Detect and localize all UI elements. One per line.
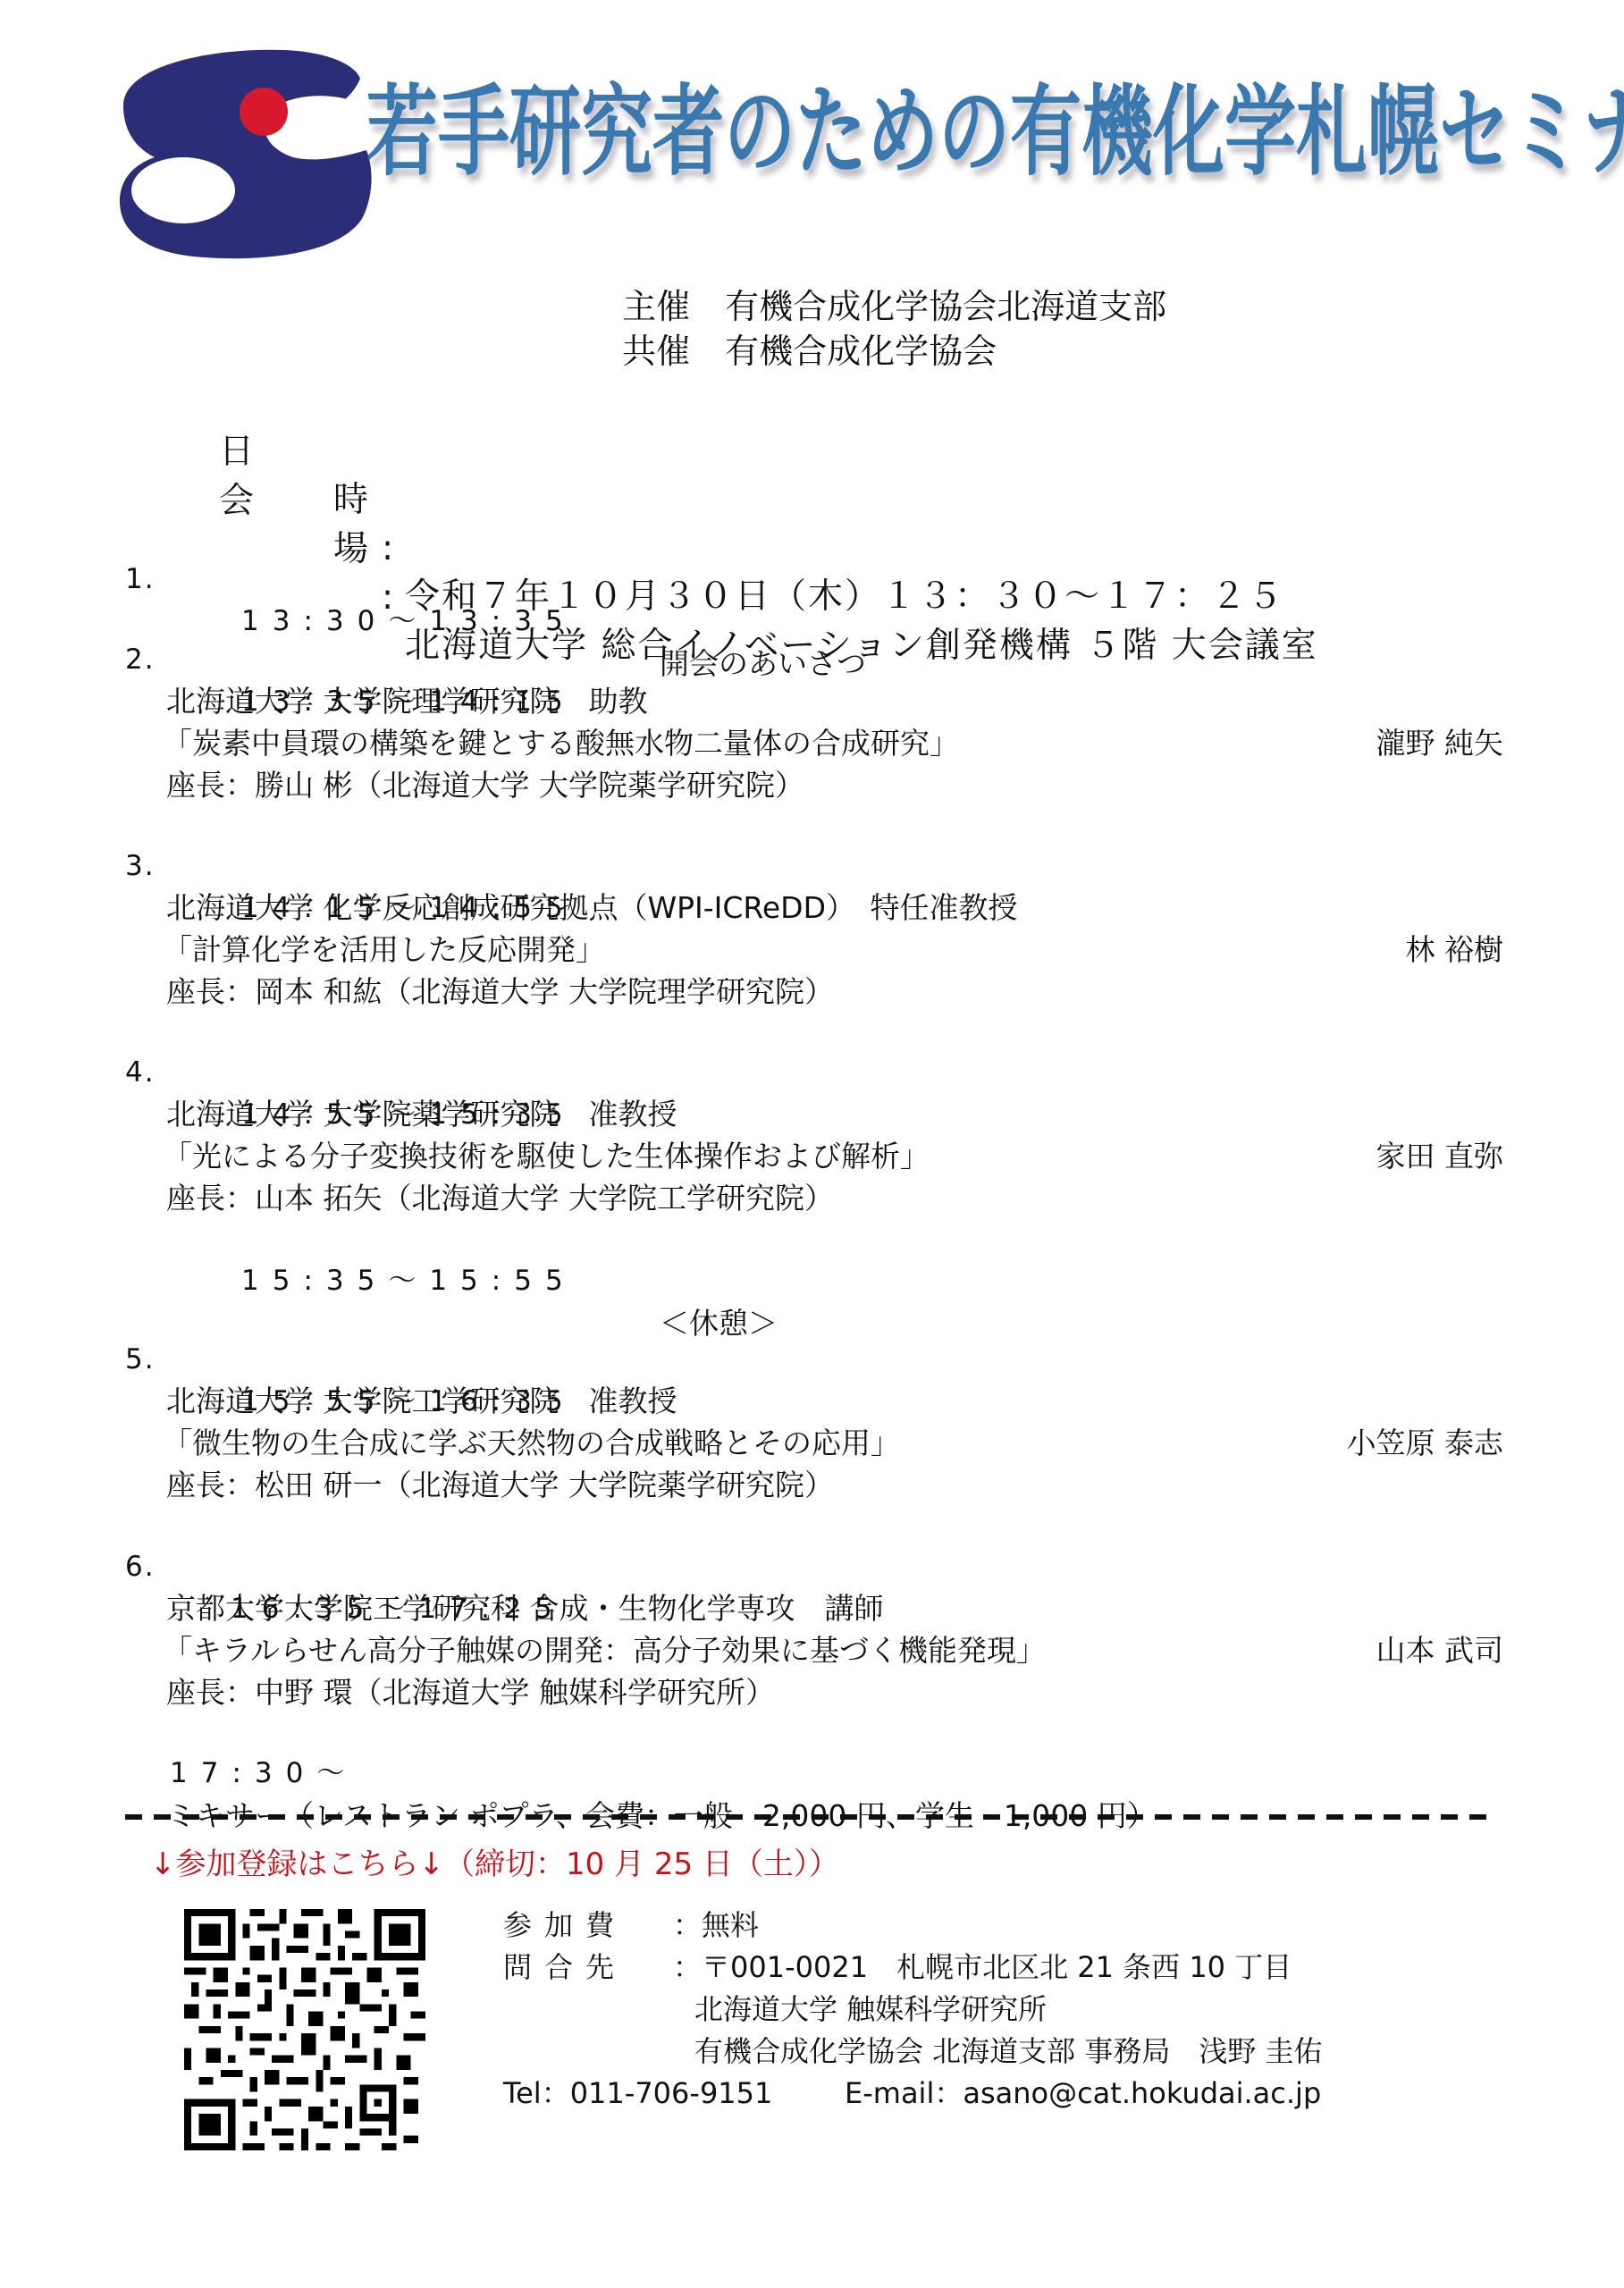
mixer-time-row: 17:30～ [0,1711,1624,1753]
telephone[interactable]: Tel：011-706-9151 [503,2073,845,2115]
item-4-talk-row: 「光による分子変換技術を駆使した生体操作および解析」 [0,1093,1624,1135]
program-break: 15:35～15:55 ＜休憩＞ [0,1218,1624,1260]
event-venue: 会 場 : 北海道大学 総合イノベーション創発機構 ５階 大会議室 [219,429,1381,477]
program-item-6: 6. 16:35～17:25 [0,1504,1624,1546]
item-5-affiliation-row: 北海道大学 大学院工学研究院 准教授 小笠原 泰志 [0,1338,1624,1380]
program-item-1: 1. 13:30～13:35 開会のあいさつ [0,517,1624,559]
inquiry-org-line-1: 北海道大学 触媒科学研究所 [694,1989,1047,2031]
item-3-affiliation-row: 北海道大学 化学反応創成研究拠点（WPI-ICReDD） 特任准教授 林 裕樹 [0,845,1624,887]
item-5-chair-row: 座長：松田 研一（北海道大学 大学院薬学研究院） [0,1422,1624,1464]
event-datetime: 日 時 : 令和７年１０月３０日（木）１３：３０～１７：２５ [219,380,1381,428]
email-link[interactable]: E-mail：asano@cat.hokudai.ac.jp [845,2076,1321,2110]
item-5-talk-row: 「微生物の生合成に学ぶ天然物の合成戦略とその応用」 [0,1380,1624,1422]
session-chair: 座長：勝山 彬（北海道大学 大学院薬学研究院） [166,764,804,806]
session-chair: 座長：中野 環（北海道大学 触媒科学研究所） [166,1671,775,1713]
co-organizer-label: 共催 [622,329,725,374]
item-2-affiliation-row: 北海道大学 大学院理学研究院 助教 瀧野 純矢 [0,638,1624,680]
inquiry-org-line-2: 有機合成化学協会 北海道支部 事務局 浅野 圭佑 [694,2031,1323,2073]
fee-row: 参加費：無料 [503,1905,759,1947]
inquiry-address: 〒001-0021 札幌市北区北 21 条西 10 丁目 [702,1950,1292,1984]
program-item-2: 2. 13:35～14:15 [0,597,1624,639]
page-title: 若手研究者のための有機化学札幌セミナー [366,46,1519,218]
dashed-divider [125,1814,1488,1820]
session-chair: 座長：松田 研一（北海道大学 大学院薬学研究院） [166,1464,834,1506]
item-2-talk-row: 「炭素中員環の構築を鍵とする酸無水物二量体の合成研究」 [0,680,1624,722]
seminar-logo-icon [114,43,374,262]
registration-link[interactable]: ↓参加登録はこちら↓（締切：10 月 25 日（土）） [150,1844,839,1886]
program-item-4: 4. 14:55～15:35 [0,1010,1624,1052]
program-item-5: 5. 15:55～16:35 [0,1297,1624,1339]
session-chair: 座長：山本 拓矢（北海道大学 大学院工学研究院） [166,1177,834,1219]
mixer-detail-row: ミキサー（レストラン ポプラ、会費：一般 2,000 円、学生 1,000 円） [0,1753,1624,1795]
item-2-chair-row: 座長：勝山 彬（北海道大学 大学院薬学研究院） [0,722,1624,764]
co-organizer-value: 有機合成化学協会 [725,332,997,371]
item-3-chair-row: 座長：岡本 和紘（北海道大学 大学院理学研究院） [0,929,1624,971]
fee-label: 参加費 [503,1905,673,1947]
registration-qr-icon[interactable] [184,1905,425,2154]
fee-value: 無料 [702,1908,759,1942]
program-item-3: 3. 14:15～14:55 [0,803,1624,845]
item-6-affiliation-row: 京都大学大学院工学研究科 合成・生物化学専攻 講師 山本 武司 [0,1545,1624,1587]
item-number: 1. [125,559,156,601]
inquiry-label: 問合先 [503,1947,673,1989]
inquiry-row: 問合先：〒001-0021 札幌市北区北 21 条西 10 丁目 [503,1947,1292,1989]
break-time: 15:35～15:55 [241,1260,576,1302]
item-6-talk-row: 「キラルらせん高分子触媒の開発：高分子効果に基づく機能発現」 [0,1587,1624,1629]
item-4-chair-row: 座長：山本 拓矢（北海道大学 大学院工学研究院） [0,1135,1624,1177]
item-3-talk-row: 「計算化学を活用した反応開発」 [0,887,1624,929]
tel-email-row: Tel：011-706-9151E-mail：asano@cat.hokudai… [503,2073,1321,2115]
session-chair: 座長：岡本 和紘（北海道大学 大学院理学研究院） [166,971,834,1013]
item-6-chair-row: 座長：中野 環（北海道大学 触媒科学研究所） [0,1629,1624,1671]
item-4-affiliation-row: 北海道大学 大学院薬学研究院 准教授 家田 直弥 [0,1051,1624,1093]
co-organizer-line: 共催有機合成化学協会 [601,284,997,374]
